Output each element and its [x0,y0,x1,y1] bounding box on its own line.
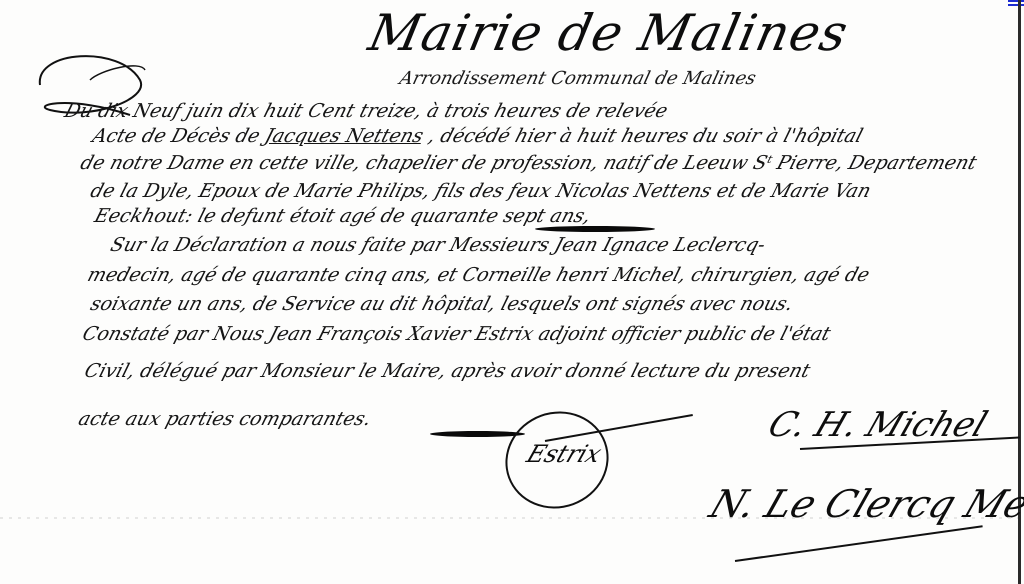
scanned-death-record: Mairie de Malines Arrondissement Communa… [0,0,1024,584]
witness-signature-leclercq: N. Le Clercq Med [704,482,1024,526]
record-line-5: Eeckhout: le defunt étoit agé de quarant… [92,205,593,227]
record-line-2-prefix: Acte de Décès de [90,125,263,147]
leclercq-signature-underline [735,525,983,562]
record-line-3: de notre Dame en cette ville, chapelier … [78,152,979,174]
official-signature: Estrix [523,440,605,468]
record-line-9: Constaté par Nous Jean François Xavier E… [80,323,833,345]
record-line-6: Sur la Déclaration a nous faite par Mess… [108,234,768,256]
record-line-10: Civil, délégué par Monsieur le Maire, ap… [82,360,813,382]
blue-edge-mark [1008,0,1024,6]
scan-artifact-line [0,517,1018,519]
record-line-2-suffix: , décédé hier à huit heures du soir à l'… [426,125,866,147]
record-line-2: Acte de Décès de Jacques Nettens , décéd… [90,125,865,147]
ink-blot [535,226,655,232]
record-line-7: medecin, agé de quarante cinq ans, et Co… [85,264,872,286]
record-line-4: de la Dyle, Epoux de Marie Philips, fils… [88,180,873,202]
record-line-8: soixante un ans, de Service au dit hôpit… [88,293,796,315]
document-subtitle: Arrondissement Communal de Malines [397,68,758,89]
record-line-1: Du dix Neuf juin dix huit Cent treize, à… [62,100,670,122]
record-line-11: acte aux parties comparantes. [76,408,374,430]
document-title: Mairie de Malines [364,4,854,62]
deceased-name: Jacques Nettens [262,125,426,147]
ink-blot-2 [430,431,525,437]
